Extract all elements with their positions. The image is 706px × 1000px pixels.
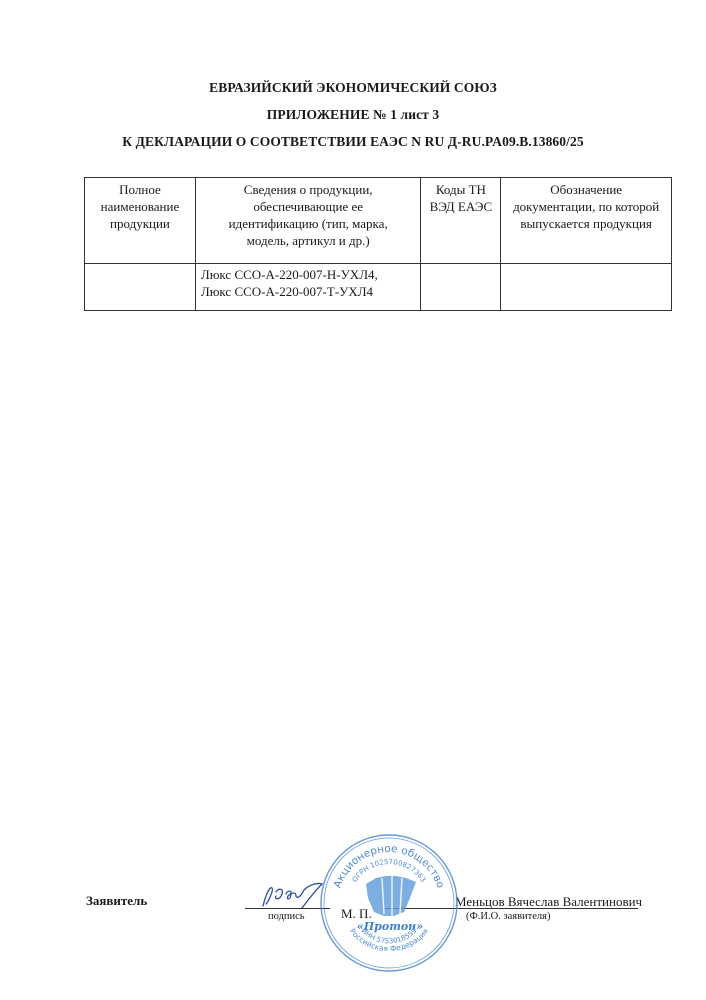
header-documentation: Обозначение документации, по которой вып… <box>501 178 672 264</box>
header-codes: Коды ТН ВЭД ЕАЭС <box>421 178 501 264</box>
cell-documentation <box>501 264 672 311</box>
product-table: Полное наименование продукции Сведения о… <box>84 177 672 311</box>
cell-full-name <box>85 264 196 311</box>
applicant-name: Меньцов Вячеслав Валентинович <box>455 894 642 910</box>
svg-text:«Протон»: «Протон» <box>357 920 423 933</box>
table-header-row: Полное наименование продукции Сведения о… <box>85 178 672 264</box>
signature-caption: подпись <box>268 911 305 922</box>
header-full-name: Полное наименование продукции <box>85 178 196 264</box>
company-stamp-icon: Акционерное общество ОГРН 1025700827363 … <box>318 832 460 974</box>
table-row: Люкс ССО-А-220-007-Н-УХЛ4, Люкс ССО-А-22… <box>85 264 672 311</box>
cell-identification: Люкс ССО-А-220-007-Н-УХЛ4, Люкс ССО-А-22… <box>195 264 421 311</box>
cell-codes <box>421 264 501 311</box>
appendix-title: ПРИЛОЖЕНИЕ № 1 лист 3 <box>0 107 706 123</box>
applicant-label: Заявитель <box>86 893 147 909</box>
union-title: ЕВРАЗИЙСКИЙ ЭКОНОМИЧЕСКИЙ СОЮЗ <box>0 80 706 96</box>
declaration-title: К ДЕКЛАРАЦИИ О СООТВЕТСТВИИ ЕАЭС N RU Д-… <box>0 134 706 150</box>
name-caption: (Ф.И.О. заявителя) <box>466 911 551 922</box>
header-identification: Сведения о продукции, обеспечивающие ее … <box>195 178 421 264</box>
